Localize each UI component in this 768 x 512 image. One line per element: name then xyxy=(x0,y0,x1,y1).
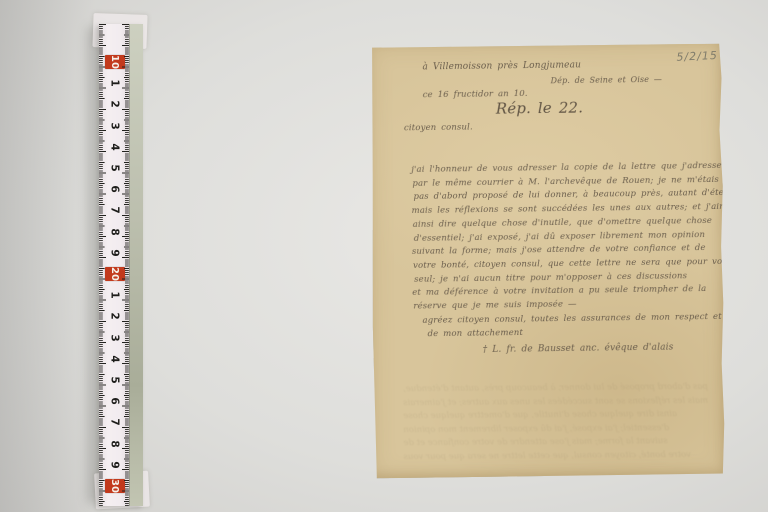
bleedthrough-line: votre bonté, citoyen consul, que cette l… xyxy=(403,449,690,461)
ruler-cm-label: 8 xyxy=(108,223,122,240)
photo-backdrop: 101234567892012345678930 5/2/15 à Villem… xyxy=(0,0,768,512)
ruler-cm-label: 4 xyxy=(108,138,122,155)
closing-line: de mon attachement xyxy=(428,328,524,339)
bleedthrough-line: mais les réflexions se sont succédées le… xyxy=(403,395,708,407)
letter-line: pas d'abord proposé de lui donner, à bea… xyxy=(413,188,748,202)
ruler-cm-label: 6 xyxy=(108,181,122,198)
letter-document: 5/2/15 à Villemoisson près Longjumeau Dé… xyxy=(370,44,725,479)
bleedthrough-line: ainsi dire quelque chose d'inutile, que … xyxy=(403,409,677,421)
letter-line: suivant la forme; mais j'ose attendre de… xyxy=(412,243,706,257)
ruler-scale-face: 101234567892012345678930 xyxy=(99,24,129,506)
department-line: Dép. de Seine et Oise — xyxy=(551,75,663,85)
letter-line: j'ai l'honneur de vous adresser la copie… xyxy=(411,161,722,175)
ruler-cm-label: 9 xyxy=(108,456,122,473)
bleedthrough-line: suivant la forme; mais j'ose attendre de… xyxy=(403,436,667,448)
letter-line: ainsi dire quelque chose d'inutile, que … xyxy=(413,216,712,230)
ruler-cm-label: 5 xyxy=(108,372,122,389)
ruler-cm-label: 5 xyxy=(108,160,122,177)
ruler-cm-label: 8 xyxy=(108,435,122,452)
ruler-cm-label: 6 xyxy=(108,393,122,410)
ruler-cm-label: 9 xyxy=(108,244,122,261)
ruler-cm-label: 2 xyxy=(108,308,122,325)
letter-body: j'ai l'honneur de vous adresser la copie… xyxy=(370,44,722,47)
letter-line: mais les réflexions se sont succédées le… xyxy=(412,202,750,216)
ruler-cm-label: 7 xyxy=(108,414,122,431)
ruler-cm-label: 3 xyxy=(108,117,122,134)
ruler-cm-label: 1 xyxy=(108,287,122,304)
archival-number-note: 5/2/15 xyxy=(676,49,718,64)
letter-line: par le même courrier à M. l'archevêque d… xyxy=(412,175,719,189)
ruler-cm-label: 4 xyxy=(108,350,122,367)
ruler-side-strip xyxy=(129,24,143,506)
letter-line: et ma déférence à votre invitation a pu … xyxy=(412,284,706,298)
address-line: à Villemoisson près Longjumeau xyxy=(422,60,581,72)
reply-annotation: Rép. le 22. xyxy=(496,98,583,117)
closing-line: agréez citoyen consul, toutes les assura… xyxy=(422,312,735,326)
ruler-cm-label: 3 xyxy=(108,329,122,346)
ruler-ticks-left xyxy=(99,24,106,506)
signature-line: † L. fr. de Bausset anc. évêque d'alais xyxy=(483,343,674,355)
letter-line: d'essentiel; j'ai exposé, j'ai dû expose… xyxy=(414,230,705,244)
bleedthrough-text: pas d'abord proposé de lui donner, à bea… xyxy=(370,44,722,47)
letter-line: votre bonté, citoyen consul, que cette l… xyxy=(413,257,733,271)
ruler-cm-label: 1 xyxy=(108,75,122,92)
measuring-tape-ruler: 101234567892012345678930 xyxy=(99,24,143,506)
salutation-line: citoyen consul. xyxy=(404,122,473,133)
letter-line: réserve que je me suis imposée — xyxy=(413,299,576,311)
ruler-cm-label: 7 xyxy=(108,202,122,219)
ruler-cm-label: 2 xyxy=(108,96,122,113)
bleedthrough-line: d'essentiel; j'ai exposé, j'ai dû expose… xyxy=(403,423,669,435)
bleedthrough-line: pas d'abord proposé de lui donner, à bea… xyxy=(403,382,708,394)
ruler-ticks-right xyxy=(122,24,129,506)
letter-line: seul; je n'ai aucun titre pour m'opposer… xyxy=(414,271,687,285)
